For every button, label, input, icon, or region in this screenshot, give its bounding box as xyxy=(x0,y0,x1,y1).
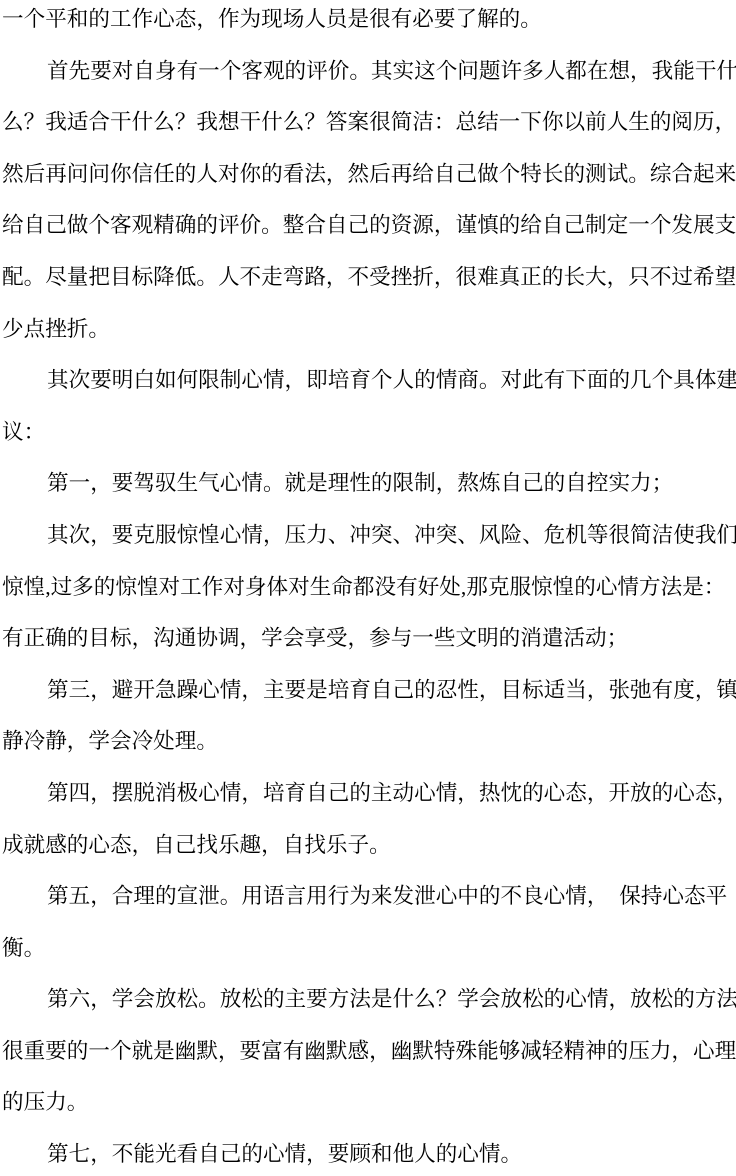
text-line: 很重要的一个就是幽默，要富有幽默感，幽默特殊能够减轻精神的压力，心理 xyxy=(2,1026,736,1078)
text-line: 其次，要克服惊惶心情，压力、冲突、冲突、风险、危机等很简洁使我们 xyxy=(2,510,736,562)
text-line: 少点挫折。 xyxy=(2,304,736,356)
text-line: 给自己做个客观精确的评价。整合自己的资源，谨慎的给自己制定一个发展支 xyxy=(2,200,736,252)
text-line: 的压力。 xyxy=(2,1077,736,1129)
text-line: 其次要明白如何限制心情，即培育个人的情商。对此有下面的几个具体建 xyxy=(2,355,736,407)
text-line: 有正确的目标，沟通协调，学会享受，参与一些文明的消遣活动； xyxy=(2,613,736,665)
text-line: 成就感的心态，自己找乐趣，自找乐子。 xyxy=(2,820,736,872)
document-page: 一个平和的工作心态，作为现场人员是很有必要了解的。首先要对自身有一个客观的评价。… xyxy=(0,0,736,1176)
text-line: 第一，要驾驭生气心情。就是理性的限制，熬炼自己的自控实力； xyxy=(2,458,736,510)
text-line: 一个平和的工作心态，作为现场人员是很有必要了解的。 xyxy=(2,0,736,46)
text-line: 静冷静，学会冷处理。 xyxy=(2,716,736,768)
text-line: 然后再问问你信任的人对你的看法，然后再给自己做个特长的测试。综合起来 xyxy=(2,149,736,201)
text-line: 第七，不能光看自己的心情，要顾和他人的心情。 xyxy=(2,1129,736,1176)
text-line: 配。尽量把目标降低。人不走弯路，不受挫折，很难真正的长大，只不过希望 xyxy=(2,252,736,304)
text-line: 衡。 xyxy=(2,923,736,975)
text-line: 第五，合理的宣泄。用语言用行为来发泄心中的不良心情， 保持心态平 xyxy=(2,871,736,923)
text-line: 议： xyxy=(2,407,736,459)
text-line: 首先要对自身有一个客观的评价。其实这个问题许多人都在想，我能干什 xyxy=(2,46,736,98)
text-line: 第三，避开急躁心情，主要是培育自己的忍性，目标适当，张弛有度，镇 xyxy=(2,665,736,717)
text-line: 惊惶,过多的惊惶对工作对身体对生命都没有好处,那克服惊惶的心情方法是： xyxy=(2,562,736,614)
text-line: 第四，摆脱消极心情，培育自己的主动心情，热忱的心态，开放的心态， xyxy=(2,768,736,820)
document-body: 一个平和的工作心态，作为现场人员是很有必要了解的。首先要对自身有一个客观的评价。… xyxy=(0,0,736,1176)
text-line: 第六，学会放松。放松的主要方法是什么？学会放松的心情，放松的方法 xyxy=(2,974,736,1026)
text-line: 么？我适合干什么？我想干什么？答案很简洁：总结一下你以前人生的阅历， xyxy=(2,97,736,149)
